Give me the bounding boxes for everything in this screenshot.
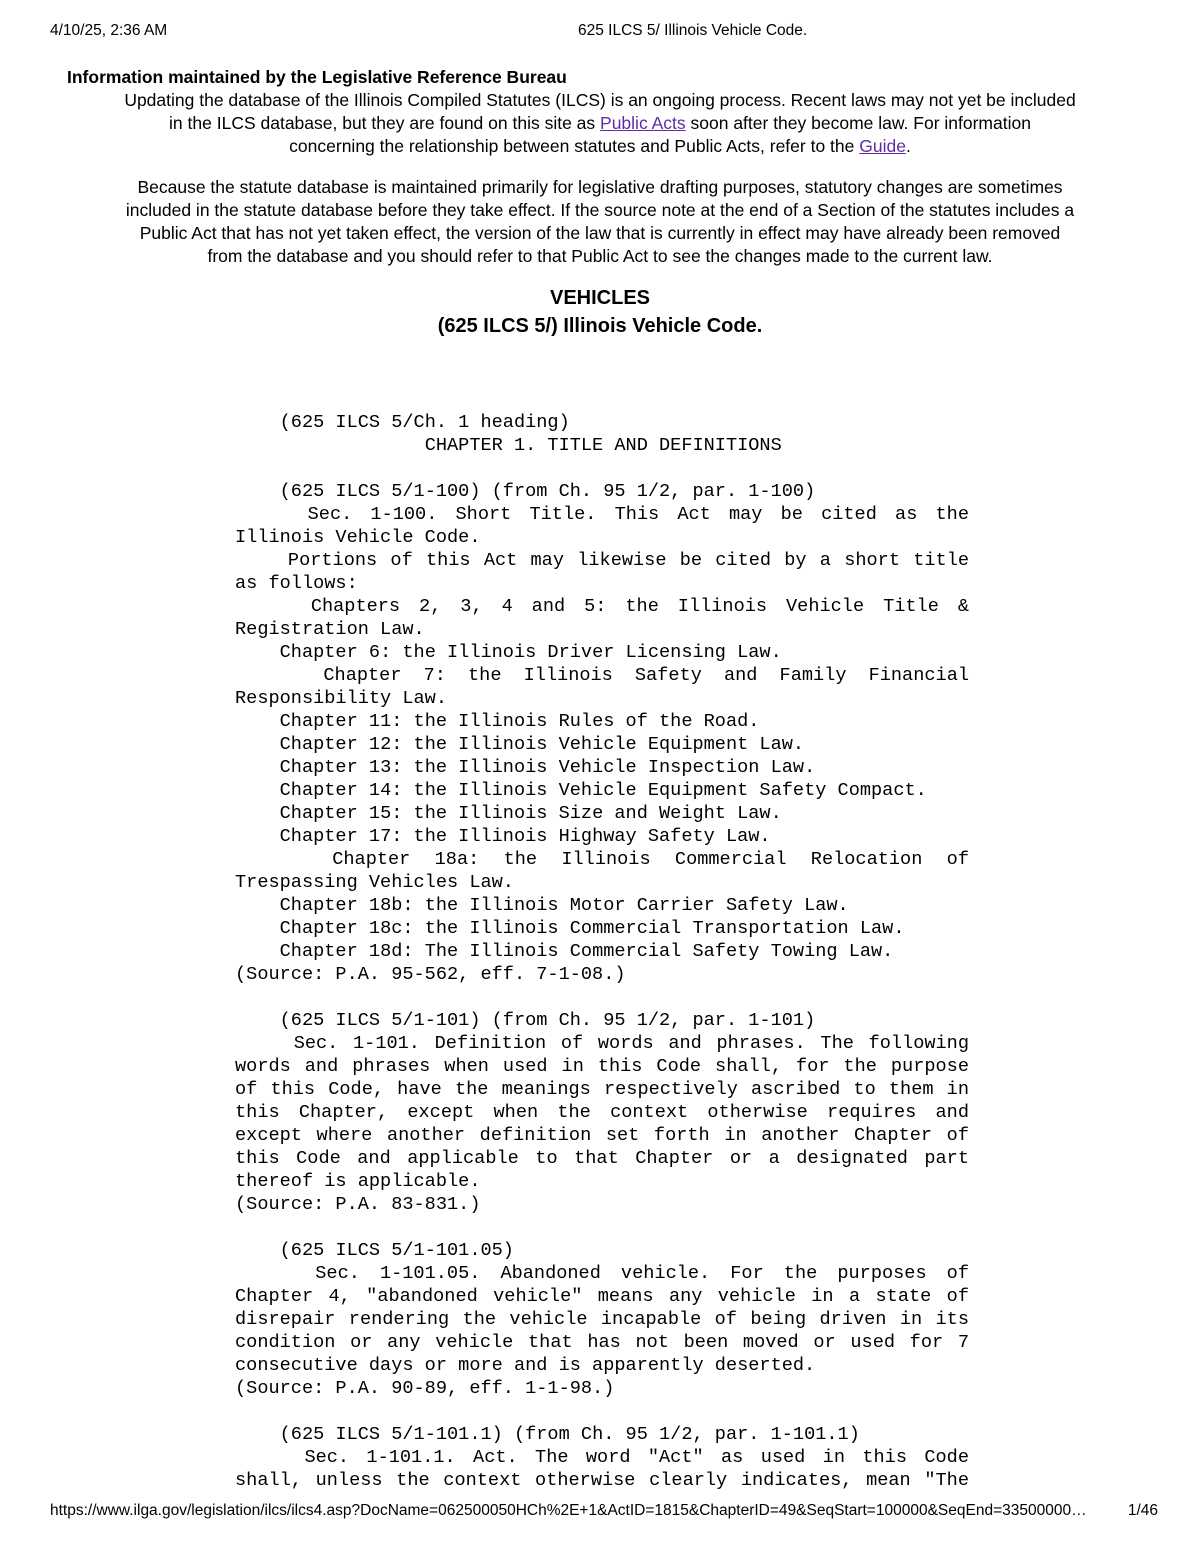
notice-text: concerning the relationship between stat… — [289, 136, 859, 156]
statute-line: except where another definition set fort… — [235, 1124, 969, 1147]
statute-line: (625 ILCS 5/1-101.1) (from Ch. 95 1/2, p… — [235, 1423, 969, 1446]
statute-line: Sec. 1-100. Short Title. This Act may be… — [235, 503, 969, 526]
act-code-title: (625 ILCS 5/) Illinois Vehicle Code. — [67, 312, 1133, 340]
statute-line: Illinois Vehicle Code. — [235, 526, 969, 549]
statute-line: thereof is applicable. — [235, 1170, 969, 1193]
statute-line: Chapter 11: the Illinois Rules of the Ro… — [235, 710, 969, 733]
statute-line: (Source: P.A. 90-89, eff. 1-1-98.) — [235, 1377, 969, 1400]
blank-line — [235, 1216, 969, 1239]
statute-line: Sec. 1-101.05. Abandoned vehicle. For th… — [235, 1262, 969, 1285]
statute-line: this Chapter, except when the context ot… — [235, 1101, 969, 1124]
statute-line: Chapter 4, "abandoned vehicle" means any… — [235, 1285, 969, 1308]
statute-line: Sec. 1-101.1. Act. The word "Act" as use… — [235, 1446, 969, 1469]
statute-line: CHAPTER 1. TITLE AND DEFINITIONS — [235, 434, 969, 457]
statute-line: Chapter 15: the Illinois Size and Weight… — [235, 802, 969, 825]
statute-line: Chapter 12: the Illinois Vehicle Equipme… — [235, 733, 969, 756]
disclaimer-line: included in the statute database before … — [67, 199, 1133, 222]
notice-line: concerning the relationship between stat… — [67, 135, 1133, 158]
notice-heading: Information maintained by the Legislativ… — [67, 66, 1133, 89]
printed-page: 4/10/25, 2:36 AM 625 ILCS 5/ Illinois Ve… — [0, 0, 1200, 1553]
guide-link[interactable]: Guide — [859, 136, 906, 156]
disclaimer-line: Because the statute database is maintain… — [67, 176, 1133, 199]
statute-line: as follows: — [235, 572, 969, 595]
vehicles-title: VEHICLES — [67, 284, 1133, 312]
statute-text: (625 ILCS 5/Ch. 1 heading) CHAPTER 1. TI… — [235, 411, 969, 1492]
statute-line: shall, unless the context otherwise clea… — [235, 1469, 969, 1492]
public-acts-link[interactable]: Public Acts — [600, 113, 686, 133]
statute-line: of this Code, have the meanings respecti… — [235, 1078, 969, 1101]
statute-line: (Source: P.A. 83-831.) — [235, 1193, 969, 1216]
statute-line: Sec. 1-101. Definition of words and phra… — [235, 1032, 969, 1055]
blank-line — [235, 1400, 969, 1423]
notice-text: in the ILCS database, but they are found… — [169, 113, 600, 133]
statute-line: Chapters 2, 3, 4 and 5: the Illinois Veh… — [235, 595, 969, 618]
statute-line: (625 ILCS 5/1-100) (from Ch. 95 1/2, par… — [235, 480, 969, 503]
statute-line: (625 ILCS 5/1-101) (from Ch. 95 1/2, par… — [235, 1009, 969, 1032]
act-title-block: VEHICLES (625 ILCS 5/) Illinois Vehicle … — [67, 284, 1133, 340]
blank-line — [235, 457, 969, 480]
statute-line: Portions of this Act may likewise be cit… — [235, 549, 969, 572]
statute-line: Chapter 18a: the Illinois Commercial Rel… — [235, 848, 969, 871]
blank-line — [235, 986, 969, 1009]
notice-text: Updating the database of the Illinois Co… — [124, 90, 1075, 110]
statute-line: disrepair rendering the vehicle incapabl… — [235, 1308, 969, 1331]
disclaimer-paragraph: Because the statute database is maintain… — [67, 176, 1133, 268]
statute-line: Registration Law. — [235, 618, 969, 641]
print-page-number: 1/46 — [1128, 1502, 1158, 1520]
statute-line: Chapter 18d: The Illinois Commercial Saf… — [235, 940, 969, 963]
statute-line: Responsibility Law. — [235, 687, 969, 710]
statute-line: this Code and applicable to that Chapter… — [235, 1147, 969, 1170]
statute-line: (Source: P.A. 95-562, eff. 7-1-08.) — [235, 963, 969, 986]
statute-line: Chapter 6: the Illinois Driver Licensing… — [235, 641, 969, 664]
notice-line: in the ILCS database, but they are found… — [67, 112, 1133, 135]
page-content: Information maintained by the Legislativ… — [67, 0, 1133, 1492]
statute-line: Trespassing Vehicles Law. — [235, 871, 969, 894]
statute-line: Chapter 7: the Illinois Safety and Famil… — [235, 664, 969, 687]
disclaimer-line: from the database and you should refer t… — [67, 245, 1133, 268]
statute-line: Chapter 13: the Illinois Vehicle Inspect… — [235, 756, 969, 779]
statute-line: words and phrases when used in this Code… — [235, 1055, 969, 1078]
statute-line: (625 ILCS 5/1-101.05) — [235, 1239, 969, 1262]
print-url: https://www.ilga.gov/legislation/ilcs/il… — [50, 1502, 1087, 1520]
statute-line: Chapter 17: the Illinois Highway Safety … — [235, 825, 969, 848]
maintenance-notice: Information maintained by the Legislativ… — [67, 66, 1133, 158]
statute-line: Chapter 18c: the Illinois Commercial Tra… — [235, 917, 969, 940]
disclaimer-line: Public Act that has not yet taken effect… — [67, 222, 1133, 245]
statute-line: condition or any vehicle that has not be… — [235, 1331, 969, 1354]
notice-text: . — [906, 136, 911, 156]
notice-text: soon after they become law. For informat… — [686, 113, 1031, 133]
notice-line: Updating the database of the Illinois Co… — [67, 89, 1133, 112]
statute-line: consecutive days or more and is apparent… — [235, 1354, 969, 1377]
statute-line: Chapter 14: the Illinois Vehicle Equipme… — [235, 779, 969, 802]
notice-paragraph: Updating the database of the Illinois Co… — [67, 89, 1133, 158]
statute-line: (625 ILCS 5/Ch. 1 heading) — [235, 411, 969, 434]
statute-line: Chapter 18b: the Illinois Motor Carrier … — [235, 894, 969, 917]
